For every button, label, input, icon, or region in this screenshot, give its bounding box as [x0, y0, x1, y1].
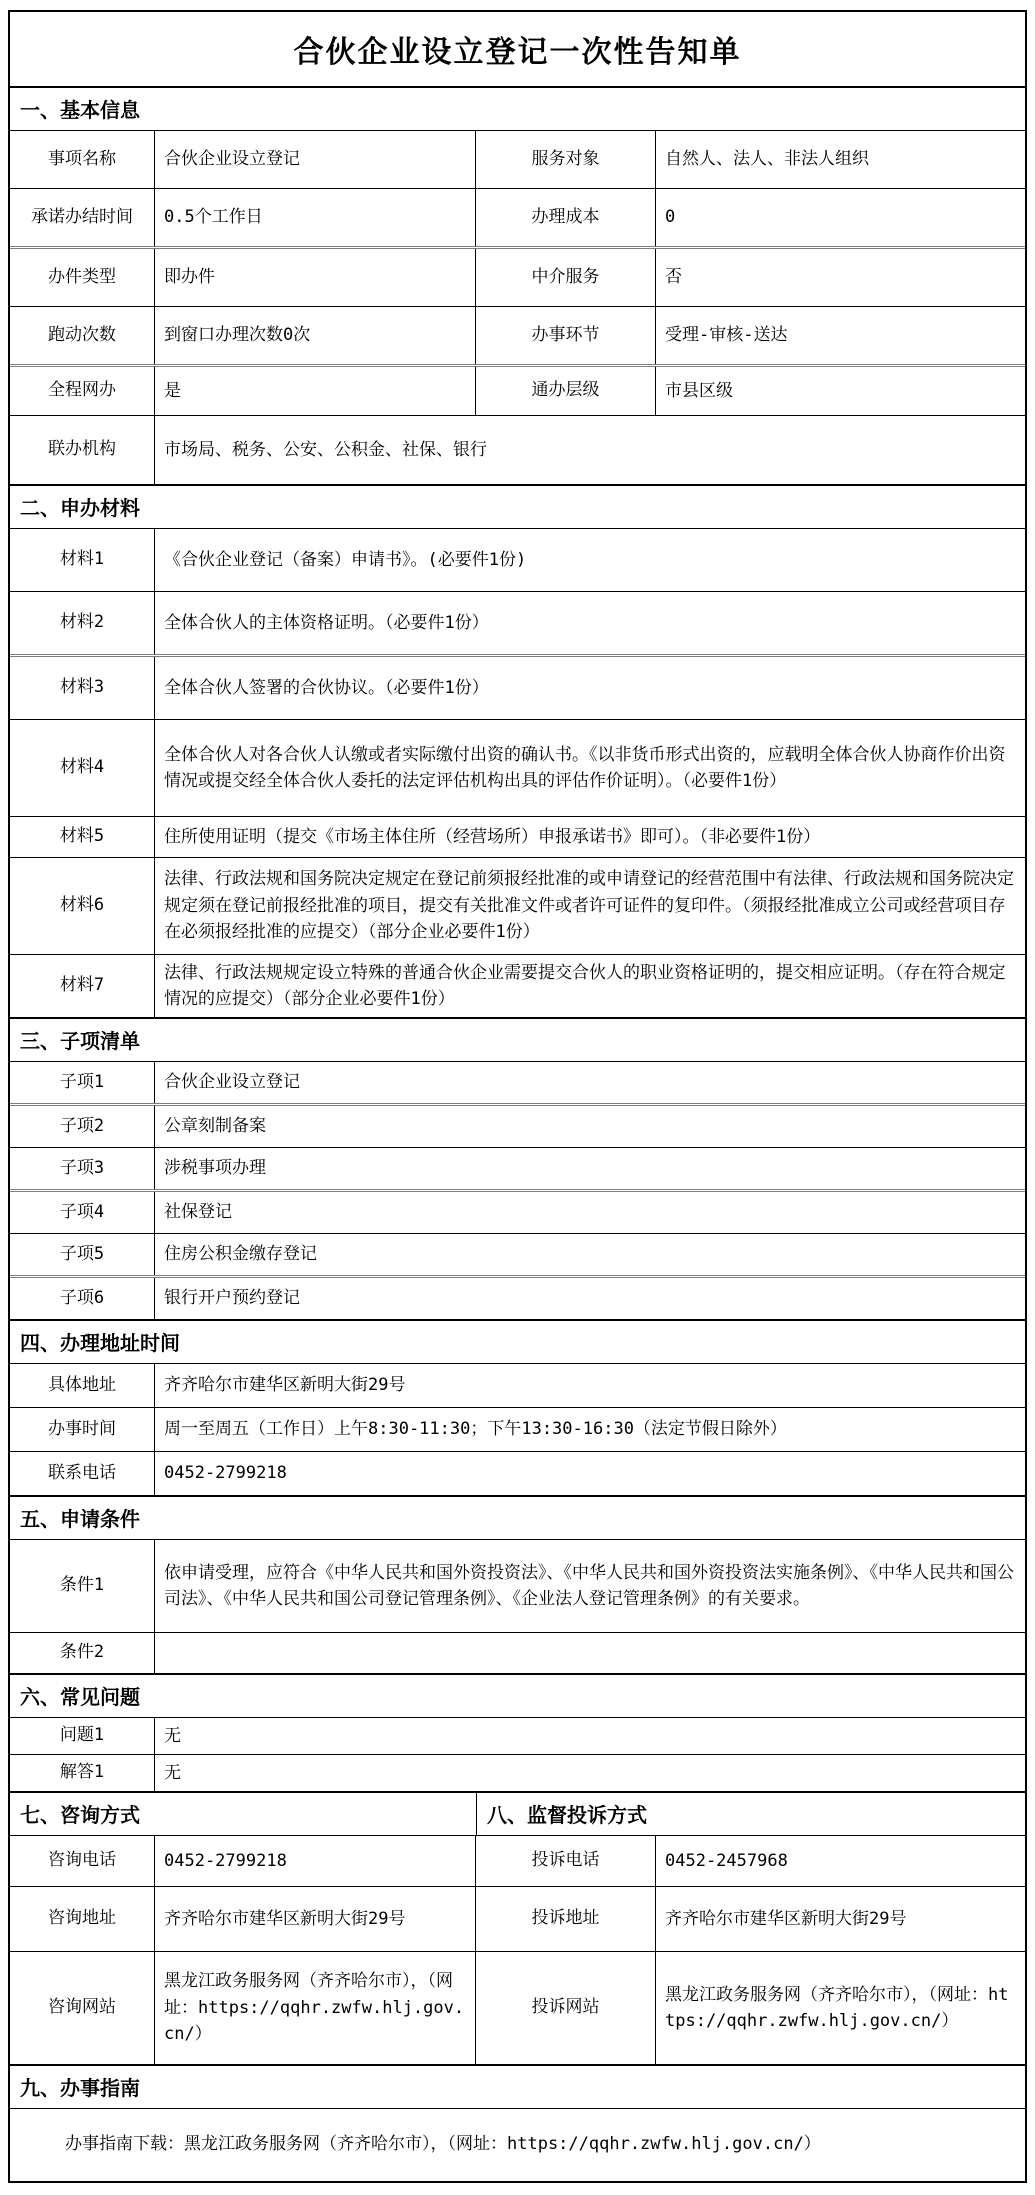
table-row: 承诺办结时间 0.5个工作日 办理成本 0 [10, 188, 1025, 246]
field-value: 0452-2799218 [155, 1836, 476, 1886]
field-value: 住房公积金缴存登记 [155, 1234, 1025, 1275]
field-value [155, 1633, 1025, 1673]
field-label: 全程网办 [10, 367, 155, 415]
table-row: 联系电话 0452-2799218 [10, 1451, 1025, 1495]
field-label: 材料1 [10, 529, 155, 591]
field-label: 办事时间 [10, 1408, 155, 1451]
field-value: 涉税事项办理 [155, 1148, 1025, 1189]
field-label: 联系电话 [10, 1452, 155, 1495]
table-row: 咨询地址 齐齐哈尔市建华区新明大街29号 投诉地址 齐齐哈尔市建华区新明大街29… [10, 1886, 1025, 1951]
field-label: 子项4 [10, 1192, 155, 1233]
field-value: 齐齐哈尔市建华区新明大街29号 [656, 1887, 1025, 1951]
field-value: 黑龙江政务服务网（齐齐哈尔市），（网址：https://qqhr.zwfw.hl… [656, 1952, 1025, 2064]
notice-table: 合伙企业设立登记一次性告知单 一、基本信息 事项名称 合伙企业设立登记 服务对象… [8, 10, 1027, 2183]
field-value: 全体合伙人的主体资格证明。（必要件1份） [155, 592, 1025, 654]
field-value: 《合伙企业登记（备案）申请书》。(必要件1份) [155, 529, 1025, 591]
field-value: 自然人、法人、非法人组织 [656, 131, 1025, 188]
title-row: 合伙企业设立登记一次性告知单 [10, 12, 1025, 86]
field-label: 联办机构 [10, 416, 155, 484]
field-label: 子项6 [10, 1278, 155, 1319]
field-value: 0452-2457968 [656, 1836, 1025, 1886]
field-value: 市场局、税务、公安、公积金、社保、银行 [155, 416, 1025, 484]
field-label: 材料2 [10, 592, 155, 654]
field-value: 社保登记 [155, 1192, 1025, 1233]
field-label: 通办层级 [476, 367, 656, 415]
table-row: 办件类型 即办件 中介服务 否 [10, 246, 1025, 306]
table-row: 材料7 法律、行政法规规定设立特殊的普通合伙企业需要提交合伙人的职业资格证明的，… [10, 954, 1025, 1017]
field-value: 0452-2799218 [155, 1452, 1025, 1495]
field-value: 否 [656, 249, 1025, 306]
field-value: 到窗口办理次数0次 [155, 307, 476, 364]
section-header-complaint: 八、监督投诉方式 [477, 1793, 1025, 1835]
table-row: 咨询电话 0452-2799218 投诉电话 0452-2457968 [10, 1835, 1025, 1886]
field-label: 材料5 [10, 817, 155, 857]
field-label: 承诺办结时间 [10, 189, 155, 246]
table-row: 子项2 公章刻制备案 [10, 1103, 1025, 1147]
table-row: 条件2 [10, 1632, 1025, 1673]
table-row: 全程网办 是 通办层级 市县区级 [10, 364, 1025, 415]
field-label: 办事环节 [476, 307, 656, 364]
section-header-subitems: 三、子项清单 [10, 1017, 1025, 1061]
section-header-conditions: 五、申请条件 [10, 1495, 1025, 1539]
field-value: 依申请受理，应符合《中华人民共和国外资投资法》、《中华人民共和国外资投资法实施条… [155, 1540, 1025, 1632]
table-row: 材料2 全体合伙人的主体资格证明。（必要件1份） [10, 591, 1025, 654]
table-row: 问题1 无 [10, 1717, 1025, 1754]
field-label: 子项3 [10, 1148, 155, 1189]
field-value: 全体合伙人对各合伙人认缴或者实际缴付出资的确认书。《以非货币形式出资的，应载明全… [155, 720, 1025, 816]
field-label: 材料7 [10, 955, 155, 1017]
table-row: 事项名称 合伙企业设立登记 服务对象 自然人、法人、非法人组织 [10, 130, 1025, 188]
section-header-consult-complaint: 七、咨询方式 八、监督投诉方式 [10, 1791, 1025, 1835]
table-row: 子项4 社保登记 [10, 1189, 1025, 1233]
field-label: 办件类型 [10, 249, 155, 306]
field-label: 中介服务 [476, 249, 656, 306]
field-label: 具体地址 [10, 1364, 155, 1407]
field-value: 全体合伙人签署的合伙协议。（必要件1份） [155, 657, 1025, 719]
field-value: 黑龙江政务服务网（齐齐哈尔市），（网址：https://qqhr.zwfw.hl… [155, 1952, 476, 2064]
section-header-consult: 七、咨询方式 [10, 1793, 477, 1835]
table-row: 材料3 全体合伙人签署的合伙协议。（必要件1份） [10, 654, 1025, 719]
field-value: 住所使用证明（提交《市场主体住所（经营场所）申报承诺书》即可）。（非必要件1份） [155, 817, 1025, 857]
field-label: 问题1 [10, 1718, 155, 1754]
field-value: 齐齐哈尔市建华区新明大街29号 [155, 1887, 476, 1951]
table-row: 材料4 全体合伙人对各合伙人认缴或者实际缴付出资的确认书。《以非货币形式出资的，… [10, 719, 1025, 816]
table-row: 子项6 银行开户预约登记 [10, 1275, 1025, 1319]
field-label: 子项1 [10, 1062, 155, 1103]
table-row: 跑动次数 到窗口办理次数0次 办事环节 受理-审核-送达 [10, 306, 1025, 364]
field-value: 周一至周五（工作日）上午8:30-11:30；下午13:30-16:30（法定节… [155, 1408, 1025, 1451]
field-value: 合伙企业设立登记 [155, 131, 476, 188]
guide-download-row: 办事指南下载：黑龙江政务服务网（齐齐哈尔市），（网址：https://qqhr.… [10, 2108, 1025, 2181]
table-row: 具体地址 齐齐哈尔市建华区新明大街29号 [10, 1363, 1025, 1407]
table-row: 材料5 住所使用证明（提交《市场主体住所（经营场所）申报承诺书》即可）。（非必要… [10, 816, 1025, 857]
field-label: 材料6 [10, 858, 155, 954]
field-value: 无 [155, 1755, 1025, 1791]
field-label: 事项名称 [10, 131, 155, 188]
field-label: 子项2 [10, 1106, 155, 1147]
field-value: 银行开户预约登记 [155, 1278, 1025, 1319]
field-label: 服务对象 [476, 131, 656, 188]
table-row: 办事时间 周一至周五（工作日）上午8:30-11:30；下午13:30-16:3… [10, 1407, 1025, 1451]
section-header-address-time: 四、办理地址时间 [10, 1319, 1025, 1363]
field-label: 投诉网站 [476, 1952, 656, 2064]
table-row: 条件1 依申请受理，应符合《中华人民共和国外资投资法》、《中华人民共和国外资投资… [10, 1539, 1025, 1632]
field-value: 市县区级 [656, 367, 1025, 415]
field-label: 咨询地址 [10, 1887, 155, 1951]
field-label: 投诉地址 [476, 1887, 656, 1951]
field-label: 咨询网站 [10, 1952, 155, 2064]
section-header-guide: 九、办事指南 [10, 2064, 1025, 2108]
field-value: 无 [155, 1718, 1025, 1754]
notice-page: 合伙企业设立登记一次性告知单 一、基本信息 事项名称 合伙企业设立登记 服务对象… [0, 0, 1035, 2195]
field-value: 0.5个工作日 [155, 189, 476, 246]
field-value: 即办件 [155, 249, 476, 306]
field-value: 法律、行政法规和国务院决定规定在登记前须报经批准的或申请登记的经营范围中有法律、… [155, 858, 1025, 954]
field-value: 合伙企业设立登记 [155, 1062, 1025, 1103]
table-row: 咨询网站 黑龙江政务服务网（齐齐哈尔市），（网址：https://qqhr.zw… [10, 1951, 1025, 2064]
table-row: 子项1 合伙企业设立登记 [10, 1061, 1025, 1103]
field-value: 受理-审核-送达 [656, 307, 1025, 364]
table-row: 材料1 《合伙企业登记（备案）申请书》。(必要件1份) [10, 528, 1025, 591]
field-label: 投诉电话 [476, 1836, 656, 1886]
field-label: 条件1 [10, 1540, 155, 1632]
table-row: 解答1 无 [10, 1754, 1025, 1791]
page-title: 合伙企业设立登记一次性告知单 [294, 27, 742, 71]
field-value: 是 [155, 367, 476, 415]
field-value: 齐齐哈尔市建华区新明大街29号 [155, 1364, 1025, 1407]
field-label: 子项5 [10, 1234, 155, 1275]
field-label: 办理成本 [476, 189, 656, 246]
section-header-faq: 六、常见问题 [10, 1673, 1025, 1717]
table-row: 材料6 法律、行政法规和国务院决定规定在登记前须报经批准的或申请登记的经营范围中… [10, 857, 1025, 954]
field-value: 公章刻制备案 [155, 1106, 1025, 1147]
section-header-basic-info: 一、基本信息 [10, 86, 1025, 130]
section-header-materials: 二、申办材料 [10, 484, 1025, 528]
field-label: 条件2 [10, 1633, 155, 1673]
field-label: 材料3 [10, 657, 155, 719]
table-row: 联办机构 市场局、税务、公安、公积金、社保、银行 [10, 415, 1025, 484]
table-row: 子项3 涉税事项办理 [10, 1147, 1025, 1189]
field-label: 解答1 [10, 1755, 155, 1791]
field-label: 材料4 [10, 720, 155, 816]
field-label: 跑动次数 [10, 307, 155, 364]
field-value: 法律、行政法规规定设立特殊的普通合伙企业需要提交合伙人的职业资格证明的，提交相应… [155, 955, 1025, 1017]
field-value: 0 [656, 189, 1025, 246]
field-label: 咨询电话 [10, 1836, 155, 1886]
table-row: 子项5 住房公积金缴存登记 [10, 1233, 1025, 1275]
